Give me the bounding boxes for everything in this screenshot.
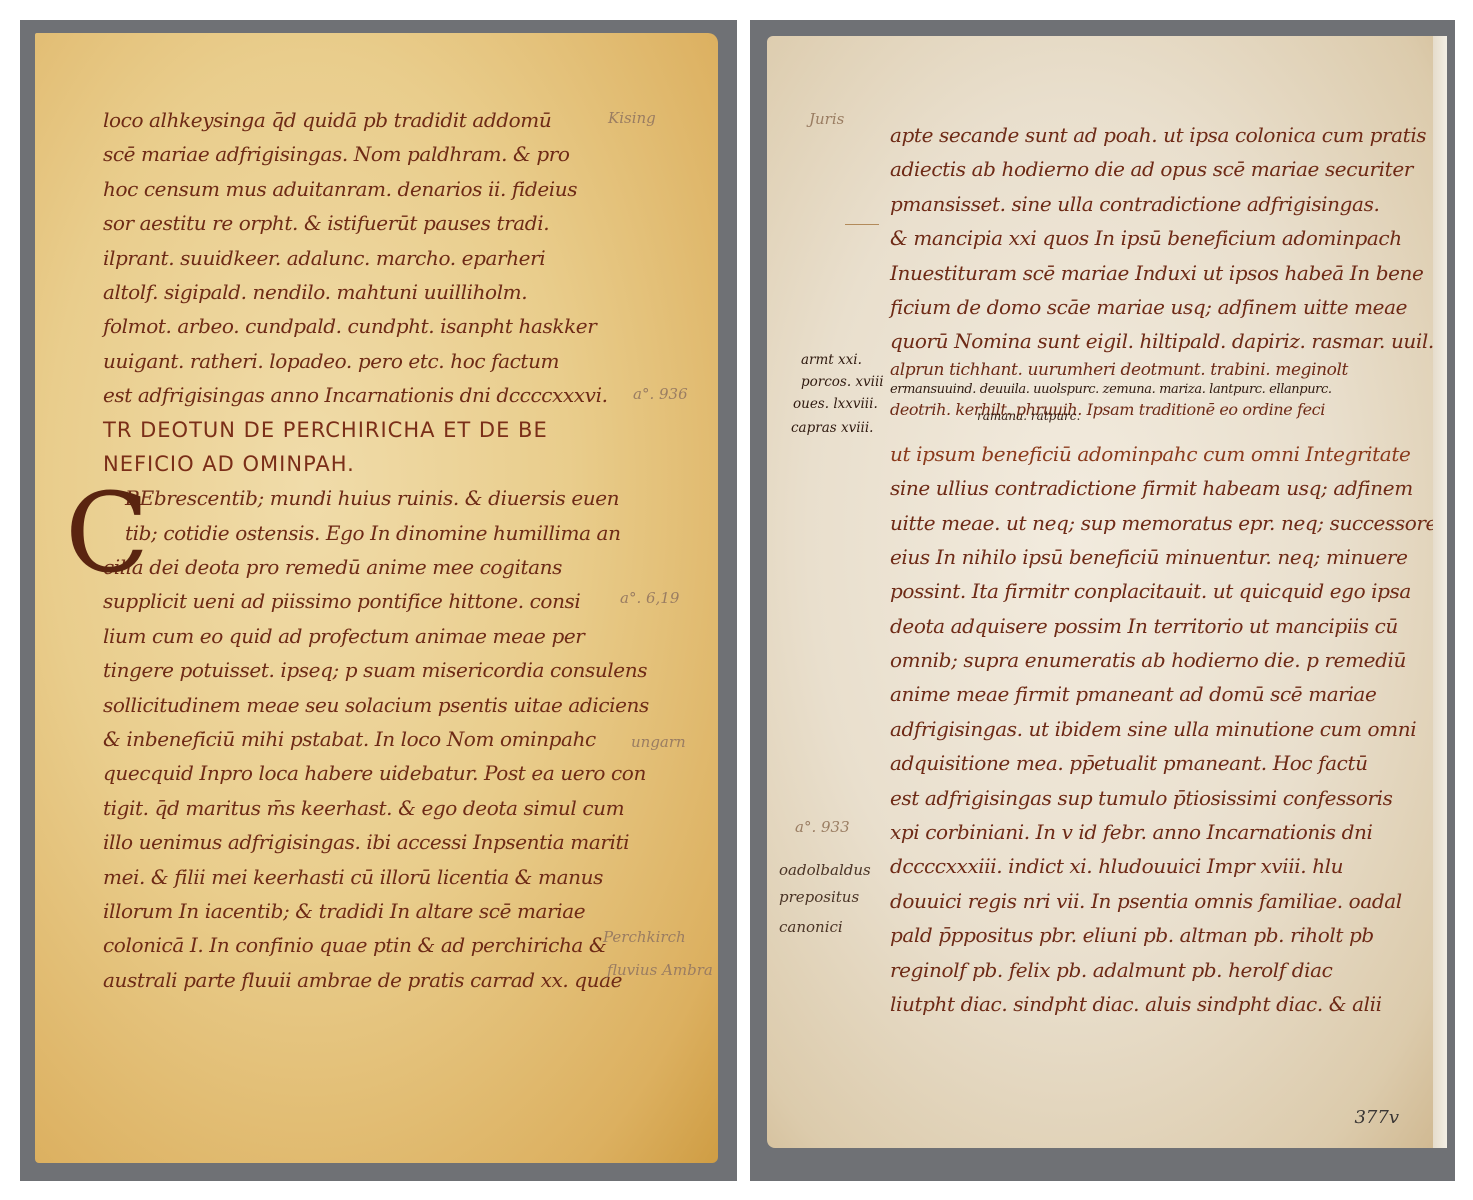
text-line: sine ullius contradictione firmit habeam… [890,471,1447,505]
text-line: loco alhkeysinga q̄d quidā pb tradidit a… [103,103,649,137]
marginal-gloss: Juris [809,110,844,128]
marginal-gloss: Kising [608,109,656,127]
rubric-heading: TR DEOTUN DE PERCHIRICHA ET DE BE [103,413,649,447]
marginal-gloss: a°. 933 [795,818,850,836]
decorated-initial: C [65,478,149,588]
text-line: sor aestitu re orpht. & istifuerūt pause… [103,206,649,240]
livestock-entry: oues. lxxviii. [793,396,878,413]
text-line: australi parte fluuii ambrae de pratis c… [103,963,649,997]
text-line: est adfrigisingas sup tumulo p̄tiosissim… [890,781,1447,815]
text-line: illo uenimus adfrigisingas. ibi accessi … [103,825,649,859]
text-block-recto: loco alhkeysinga q̄d quidā pb tradidit a… [103,103,649,997]
text-line: xpi corbiniani. In v id febr. anno Incar… [890,815,1447,849]
manuscript-folio-recto: loco alhkeysinga q̄d quidā pb tradidit a… [35,33,718,1163]
text-line: illorum In iacentib; & tradidi In altare… [103,894,649,928]
text-line: reginolf pb. felix pb. adalmunt pb. hero… [890,953,1447,987]
text-line: adfrigisingas. ut ibidem sine ulla minut… [890,712,1447,746]
marginal-gloss: a°. 936 [633,385,688,403]
text-line: & mancipia xxi quos In ipsū beneficium a… [890,221,1447,255]
text-line: adquisitione mea. pp̄etualit pmaneant. H… [890,746,1447,780]
marginal-gloss: a°. 6,19 [620,589,679,607]
text-line: REbrescentib; mundi huius ruinis. & diue… [103,481,649,515]
text-line: Inuestituram scē mariae Induxi ut ipsos … [890,256,1447,290]
text-line: uuigant. ratheri. lopadeo. pero etc. hoc… [103,344,649,378]
text-line: anime meae firmit pmaneant ad domū scē m… [890,677,1447,711]
livestock-entry: porcos. xviii [801,374,884,391]
text-line: alprun tichhant. uurumheri deotmunt. tra… [890,359,1447,381]
text-line: lium cum eo quid ad profectum animae mea… [103,619,649,653]
text-line: possint. Ita firmitr conplacitauit. ut q… [890,574,1447,608]
margin-dash [845,224,879,225]
text-line: deota adquisere possim In territorio ut … [890,609,1447,643]
text-block-verso: apte secande sunt ad poah. ut ipsa colon… [890,118,1447,1021]
text-line: eius In nihilo ipsū beneficiū minuentur.… [890,540,1447,574]
text-line: colonicā I. In confinio quae ptin & ad p… [103,928,649,962]
rubric-heading: NEFICIO AD OMINPAH. [103,447,649,481]
folio-number: 377v [1354,1107,1399,1128]
manuscript-folio-verso: apte secande sunt ad poah. ut ipsa colon… [767,36,1447,1148]
marginal-gloss: ungarn [631,733,686,751]
text-line: douuici regis nri vii. In psentia omnis … [890,884,1447,918]
text-line: ilprant. suuidkeer. adalunc. marcho. epa… [103,241,649,275]
text-line: scē mariae adfrigisingas. Nom paldhram. … [103,137,649,171]
text-line: ficium de domo scāe mariae usq; adfinem … [890,290,1447,324]
text-line: omnib; supra enumeratis ab hodierno die.… [890,643,1447,677]
text-line: quecquid Inpro loca habere uidebatur. Po… [103,756,649,790]
text-line: pald p̄ppositus pbr. eliuni pb. altman p… [890,918,1447,952]
livestock-entry: capras xviii. [791,420,873,437]
text-line: & inbeneficiū mihi pstabat. In loco Nom … [103,722,649,756]
marginal-gloss: prepositus [779,888,859,906]
text-line: tigit. q̄d maritus m̄s keerhast. & ego d… [103,791,649,825]
text-line: tib; cotidie ostensis. Ego In dinomine h… [103,516,649,550]
text-line: sollicitudinem meae seu solacium psentis… [103,688,649,722]
text-line: deotrih. kerhilt. phruuih. Ipsam traditi… [890,399,1447,421]
marginal-gloss: canonici [779,918,843,936]
text-line: mei. & filii mei keerhasti cū illorū lic… [103,860,649,894]
text-line: apte secande sunt ad poah. ut ipsa colon… [890,118,1447,152]
text-line: est adfrigisingas anno Incarnationis dni… [103,378,649,412]
text-line: tingere potuisset. ipseq; p suam miseric… [103,653,649,687]
text-line: quorū Nomina sunt eigil. hiltipald. dapi… [890,324,1447,358]
text-line: liutpht diac. sindpht diac. aluis sindph… [890,987,1447,1021]
livestock-entry: armt xxi. [801,352,862,369]
marginal-gloss: oadolbaldus [779,861,871,879]
text-line: supplicit ueni ad piissimo pontifice hit… [103,584,649,618]
text-line: adiectis ab hodierno die ad opus scē mar… [890,152,1447,186]
interlinear-note: ramana. ratpurc. [977,408,1080,425]
text-line: ermansuuind. deuuila. uuolspurc. zemuna.… [890,381,1447,399]
text-line: ut ipsum beneficiū adominpahc cum omni I… [890,437,1447,471]
text-line: pmansisset. sine ulla contradictione adf… [890,187,1447,221]
text-line: folmot. arbeo. cundpald. cundpht. isanph… [103,309,649,343]
marginal-gloss: fluvius Ambra [607,961,713,979]
text-line: uitte meae. ut neq; sup memoratus epr. n… [890,506,1447,540]
text-line: altolf. sigipald. nendilo. mahtuni uuill… [103,275,649,309]
text-line: dccccxxxiii. indict xi. hludouuici Impr … [890,849,1447,883]
text-line: cilla dei deota pro remedū anime mee cog… [103,550,649,584]
text-line: hoc censum mus aduitanram. denarios ii. … [103,172,649,206]
marginal-gloss: Perchkirch [603,928,686,946]
